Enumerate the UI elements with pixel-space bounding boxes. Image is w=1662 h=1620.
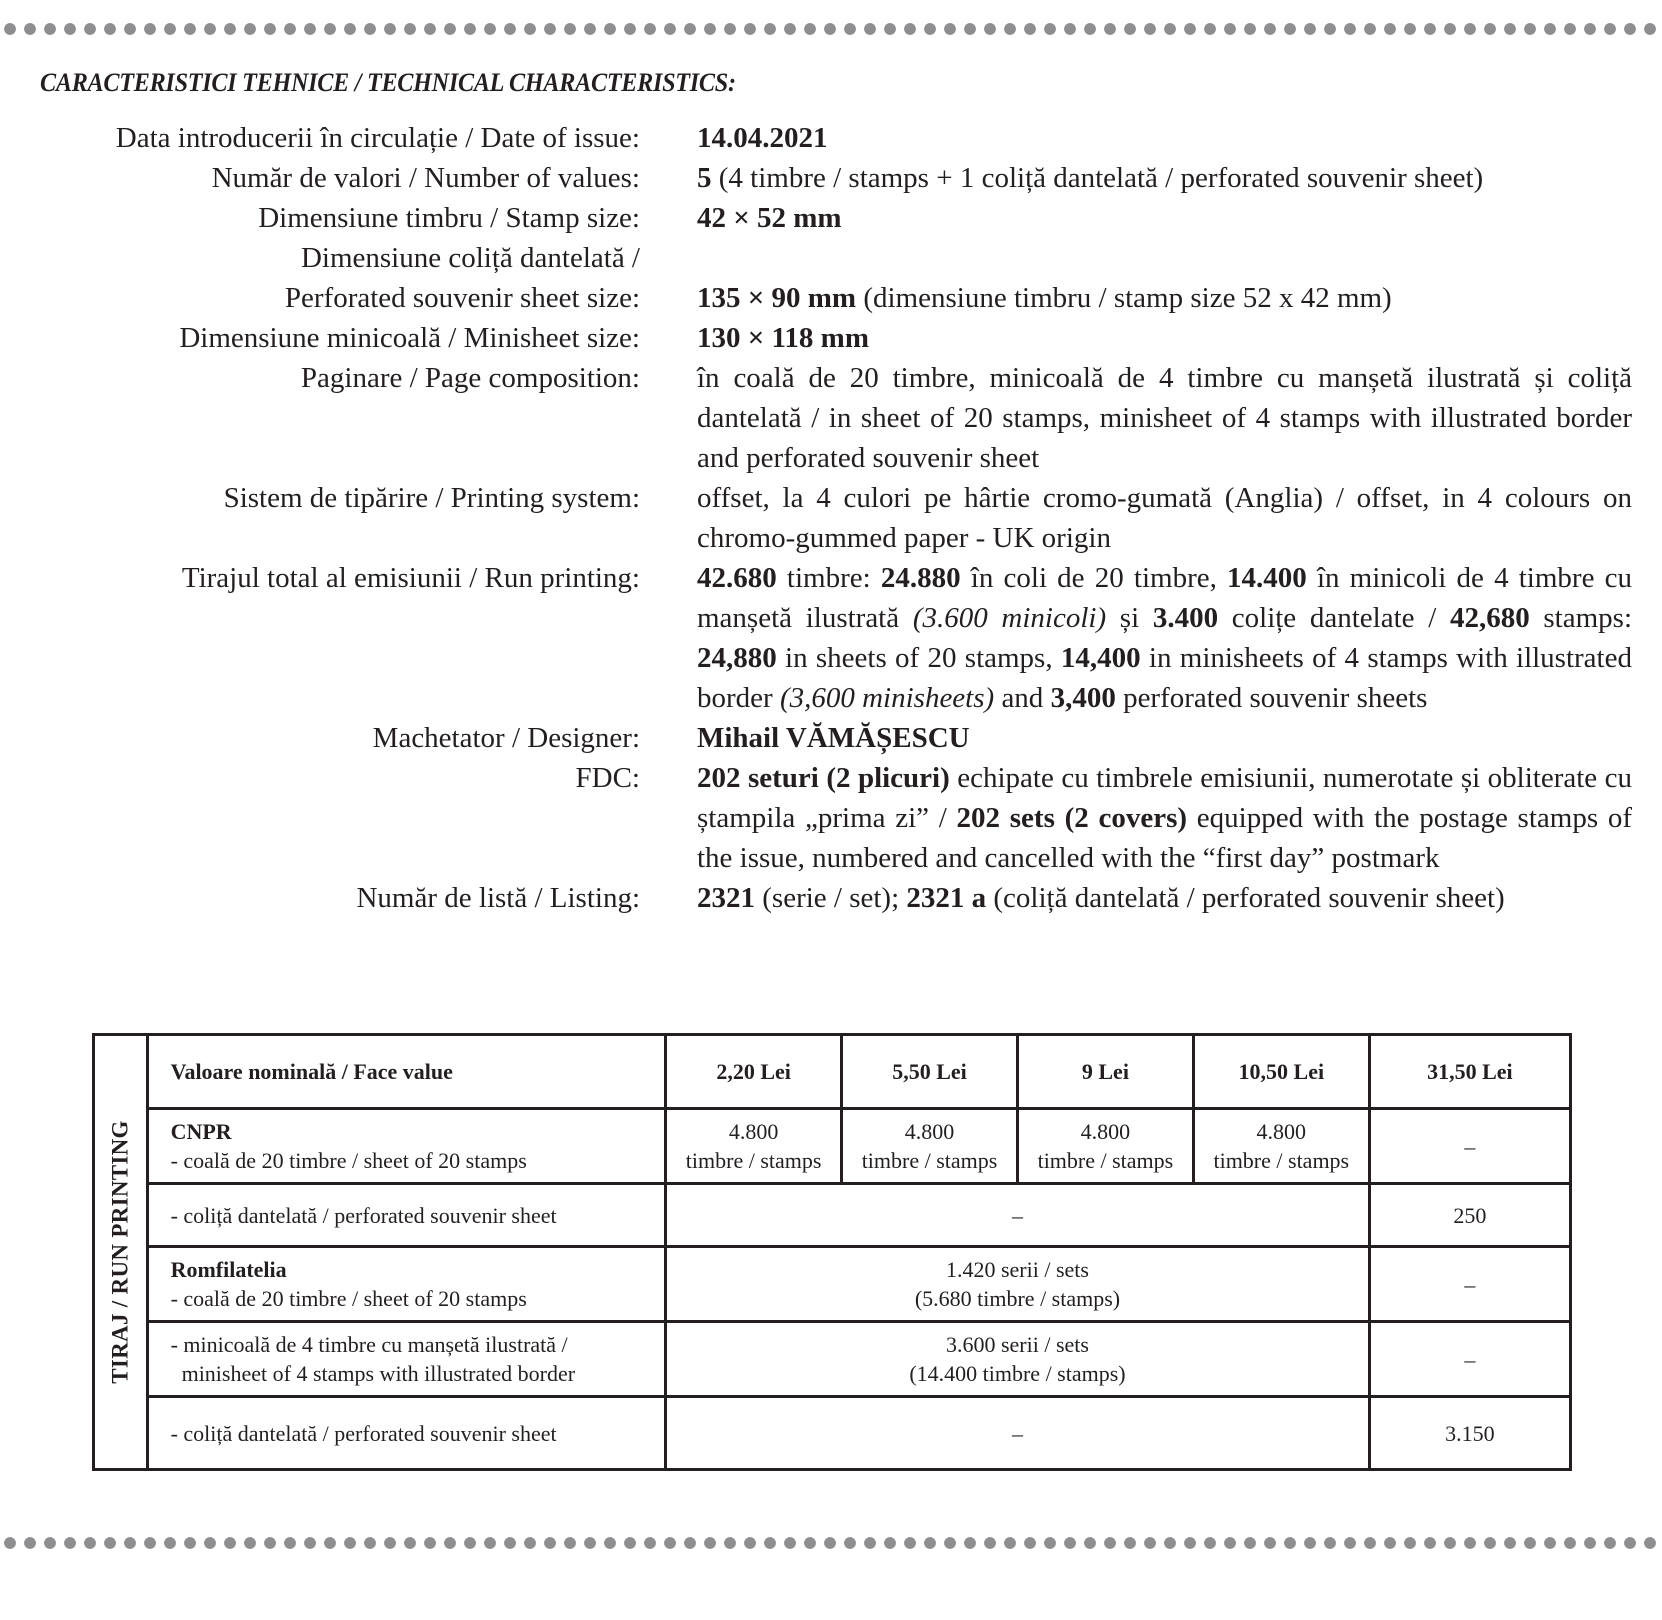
- row-title: Romfilatelia: [171, 1255, 655, 1284]
- table-cell: –: [666, 1397, 1370, 1470]
- spec-label: Număr de valori / Number of values:: [0, 158, 640, 198]
- table-cell: 3.600 serii / sets (14.400 timbre / stam…: [666, 1322, 1370, 1397]
- face-value-col: 2,20 Lei: [666, 1035, 842, 1109]
- table-cell: –: [666, 1184, 1370, 1247]
- face-value-header: Valoare nominală / Face value: [147, 1035, 666, 1109]
- row-subtitle: - coală de 20 timbre / sheet of 20 stamp…: [171, 1146, 655, 1175]
- spec-label: Număr de listă / Listing:: [0, 878, 640, 918]
- row-subtitle: - coală de 20 timbre / sheet of 20 stamp…: [171, 1284, 655, 1313]
- table-header-row: TIRAJ / RUN PRINTING Valoare nominală / …: [94, 1035, 1571, 1109]
- spec-value: 202 seturi (2 plicuri) echipate cu timbr…: [697, 758, 1632, 878]
- spec-value: 42.680 timbre: 24.880 în coli de 20 timb…: [697, 558, 1632, 718]
- face-value-col: 10,50 Lei: [1193, 1035, 1369, 1109]
- technical-specs-list: Data introducerii în circulație / Date o…: [0, 118, 1662, 918]
- spec-label: Dimensiune minicoală / Minisheet size:: [0, 318, 640, 358]
- section-title: CARACTERISTICI TEHNICE / TECHNICAL CHARA…: [40, 68, 736, 98]
- face-value-col: 9 Lei: [1017, 1035, 1193, 1109]
- spec-row: Număr de listă / Listing:2321 (serie / s…: [0, 878, 1662, 918]
- spec-row: Sistem de tipărire / Printing system:off…: [0, 478, 1662, 558]
- spec-label: Paginare / Page composition:: [0, 358, 640, 398]
- run-printing-table: TIRAJ / RUN PRINTING Valoare nominală / …: [92, 1033, 1572, 1471]
- dotted-divider-top: [0, 23, 1662, 35]
- spec-row: Tirajul total al emisiunii / Run printin…: [0, 558, 1662, 718]
- spec-label: Data introducerii în circulație / Date o…: [0, 118, 640, 158]
- spec-row: Număr de valori / Number of values:5 (4 …: [0, 158, 1662, 198]
- spec-value: 2321 (serie / set); 2321 a (coliță dante…: [697, 878, 1632, 918]
- table-row: Romfilatelia - coală de 20 timbre / shee…: [94, 1247, 1571, 1322]
- face-value-col: 5,50 Lei: [842, 1035, 1018, 1109]
- spec-label: FDC:: [0, 758, 640, 798]
- side-label: TIRAJ / RUN PRINTING: [106, 1120, 135, 1384]
- table-cell: –: [1369, 1247, 1570, 1322]
- table-row: - minicoală de 4 timbre cu manșetă ilust…: [94, 1322, 1571, 1397]
- spec-row: FDC:202 seturi (2 plicuri) echipate cu t…: [0, 758, 1662, 878]
- spec-label: Dimensiune coliță dantelată / Perforated…: [0, 238, 640, 318]
- spec-row: Dimensiune coliță dantelată / Perforated…: [0, 238, 1662, 318]
- face-value-col: 31,50 Lei: [1369, 1035, 1570, 1109]
- row-title: CNPR: [171, 1117, 655, 1146]
- spec-value: în coală de 20 timbre, minicoală de 4 ti…: [697, 358, 1632, 478]
- table-row: - coliță dantelată / perforated souvenir…: [94, 1397, 1571, 1470]
- table-cell: 250: [1369, 1184, 1570, 1247]
- table-cell: 4.800timbre / stamps: [1193, 1109, 1369, 1184]
- spec-value: 14.04.2021: [697, 118, 1632, 158]
- spec-value: 42 × 52 mm: [697, 198, 1632, 238]
- row-label: Romfilatelia - coală de 20 timbre / shee…: [147, 1247, 666, 1322]
- table-cell: –: [1369, 1109, 1570, 1184]
- row-label: - coliță dantelată / perforated souvenir…: [147, 1397, 666, 1470]
- side-label-cell: TIRAJ / RUN PRINTING: [94, 1035, 148, 1470]
- spec-label: Machetator / Designer:: [0, 718, 640, 758]
- spec-label: Tirajul total al emisiunii / Run printin…: [0, 558, 640, 598]
- table-cell: 4.800timbre / stamps: [1017, 1109, 1193, 1184]
- spec-row: Data introducerii în circulație / Date o…: [0, 118, 1662, 158]
- spec-row: Dimensiune minicoală / Minisheet size:13…: [0, 318, 1662, 358]
- spec-value: offset, la 4 culori pe hârtie cromo-guma…: [697, 478, 1632, 558]
- row-label: - minicoală de 4 timbre cu manșetă ilust…: [147, 1322, 666, 1397]
- spec-value: 135 × 90 mm (dimensiune timbru / stamp s…: [697, 238, 1632, 318]
- table-cell: 4.800timbre / stamps: [842, 1109, 1018, 1184]
- spec-row: Machetator / Designer:Mihail VĂMĂȘESCU: [0, 718, 1662, 758]
- table-row: - coliță dantelată / perforated souvenir…: [94, 1184, 1571, 1247]
- row-label: CNPR - coală de 20 timbre / sheet of 20 …: [147, 1109, 666, 1184]
- spec-value: 5 (4 timbre / stamps + 1 coliță dantelat…: [697, 158, 1632, 198]
- table-cell: 3.150: [1369, 1397, 1570, 1470]
- spec-value: Mihail VĂMĂȘESCU: [697, 718, 1632, 758]
- table-cell: –: [1369, 1322, 1570, 1397]
- table-row: CNPR - coală de 20 timbre / sheet of 20 …: [94, 1109, 1571, 1184]
- table-cell: 4.800timbre / stamps: [666, 1109, 842, 1184]
- spec-value: 130 × 118 mm: [697, 318, 1632, 358]
- spec-label: Dimensiune timbru / Stamp size:: [0, 198, 640, 238]
- dotted-divider-bottom: [0, 1537, 1662, 1549]
- spec-row: Dimensiune timbru / Stamp size:42 × 52 m…: [0, 198, 1662, 238]
- spec-row: Paginare / Page composition:în coală de …: [0, 358, 1662, 478]
- spec-label: Sistem de tipărire / Printing system:: [0, 478, 640, 518]
- table-cell: 1.420 serii / sets (5.680 timbre / stamp…: [666, 1247, 1370, 1322]
- row-label: - coliță dantelată / perforated souvenir…: [147, 1184, 666, 1247]
